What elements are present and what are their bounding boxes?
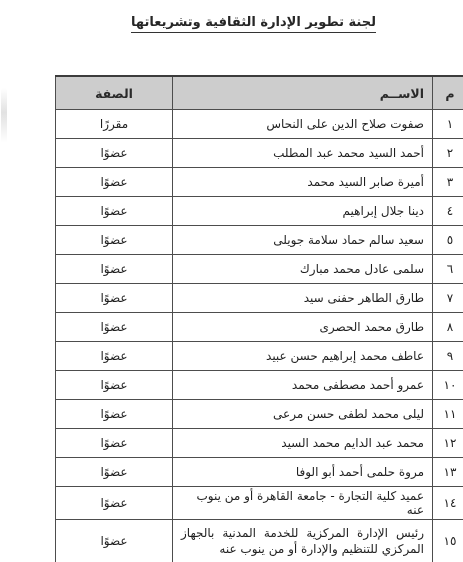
row-role-cell: عضوًا <box>56 429 173 458</box>
row-number-cell: ١٥ <box>433 520 463 562</box>
row-name-cell: طارق محمد الحصرى <box>173 313 433 342</box>
row-number-cell: ١٢ <box>433 429 463 458</box>
row-name-cell: محمد عبد الدايم محمد السيد <box>173 429 433 458</box>
row-name-cell: مروة حلمى أحمد أبو الوفا <box>173 458 433 487</box>
row-name-cell: سلمى عادل محمد مبارك <box>173 255 433 284</box>
row-role-cell: عضوًا <box>56 458 173 487</box>
row-role-cell: عضوًا <box>56 284 173 313</box>
table-row: ١٤عميد كلية التجارة - جامعة القاهرة أو م… <box>56 487 463 520</box>
row-number-cell: ١٤ <box>433 487 463 520</box>
table-row: ١٣مروة حلمى أحمد أبو الوفاعضوًا <box>56 458 463 487</box>
row-role-cell: عضوًا <box>56 487 173 520</box>
row-role-cell: عضوًا <box>56 197 173 226</box>
table-row: ١٥رئيس الإدارة المركزية للخدمة المدنية ب… <box>56 520 463 562</box>
row-role-cell: مقررًا <box>56 110 173 139</box>
table-row: ٧طارق الطاهر حفنى سيدعضوًا <box>56 284 463 313</box>
table-row: ١٢محمد عبد الدايم محمد السيدعضوًا <box>56 429 463 458</box>
row-name-cell: سعيد سالم حماد سلامة جويلى <box>173 226 433 255</box>
committee-table: م الاســم الصفة ١صفوت صلاح الدين على الن… <box>55 75 463 562</box>
row-number-cell: ٩ <box>433 342 463 371</box>
row-role-cell: عضوًا <box>56 400 173 429</box>
row-number-cell: ٤ <box>433 197 463 226</box>
row-role-cell: عضوًا <box>56 168 173 197</box>
row-role-cell: عضوًا <box>56 139 173 168</box>
row-role-cell: عضوًا <box>56 371 173 400</box>
row-name-cell: ليلى محمد لطفى حسن مرعى <box>173 400 433 429</box>
row-role-cell: عضوًا <box>56 342 173 371</box>
row-number-cell: ٦ <box>433 255 463 284</box>
row-name-cell: رئيس الإدارة المركزية للخدمة المدنية بال… <box>173 520 433 562</box>
row-role-cell: عضوًا <box>56 226 173 255</box>
row-number-cell: ١٠ <box>433 371 463 400</box>
row-name-cell: طارق الطاهر حفنى سيد <box>173 284 433 313</box>
row-role-cell: عضوًا <box>56 520 173 562</box>
table-row: ٩عاطف محمد إبراهيم حسن عبيدعضوًا <box>56 342 463 371</box>
table-row: ٣أميرة صابر السيد محمدعضوًا <box>56 168 463 197</box>
row-number-cell: ٧ <box>433 284 463 313</box>
table-row: ٥سعيد سالم حماد سلامة جويلىعضوًا <box>56 226 463 255</box>
row-name-cell: صفوت صلاح الدين على النحاس <box>173 110 433 139</box>
header-name: الاســم <box>173 76 433 110</box>
row-number-cell: ١١ <box>433 400 463 429</box>
document-page: لجنة تطوير الإدارة الثقافية وتشريعاتها م… <box>0 0 463 562</box>
row-name-cell: عميد كلية التجارة - جامعة القاهرة أو من … <box>173 487 433 520</box>
row-role-cell: عضوًا <box>56 255 173 284</box>
header-number: م <box>433 76 463 110</box>
table-row: ١صفوت صلاح الدين على النحاسمقررًا <box>56 110 463 139</box>
table-row: ٤دينا جلال إبراهيمعضوًا <box>56 197 463 226</box>
table-row: ١١ليلى محمد لطفى حسن مرعىعضوًا <box>56 400 463 429</box>
row-number-cell: ٨ <box>433 313 463 342</box>
scan-artifact <box>1 88 7 143</box>
row-name-cell: أميرة صابر السيد محمد <box>173 168 433 197</box>
row-role-cell: عضوًا <box>56 313 173 342</box>
table-row: ٨طارق محمد الحصرىعضوًا <box>56 313 463 342</box>
row-number-cell: ٥ <box>433 226 463 255</box>
row-name-cell: عاطف محمد إبراهيم حسن عبيد <box>173 342 433 371</box>
row-number-cell: ٢ <box>433 139 463 168</box>
row-number-cell: ٣ <box>433 168 463 197</box>
table-row: ٦سلمى عادل محمد مباركعضوًا <box>56 255 463 284</box>
row-name-cell: عمرو أحمد مصطفى محمد <box>173 371 433 400</box>
table-header-row: م الاســم الصفة <box>56 76 463 110</box>
table-row: ٢أحمد السيد محمد عبد المطلبعضوًا <box>56 139 463 168</box>
row-number-cell: ١٣ <box>433 458 463 487</box>
header-role: الصفة <box>56 76 173 110</box>
row-name-cell: أحمد السيد محمد عبد المطلب <box>173 139 433 168</box>
row-name-cell: دينا جلال إبراهيم <box>173 197 433 226</box>
page-title-text: لجنة تطوير الإدارة الثقافية وتشريعاتها <box>131 15 376 33</box>
row-number-cell: ١ <box>433 110 463 139</box>
page-title: لجنة تطوير الإدارة الثقافية وتشريعاتها <box>55 15 452 33</box>
table-row: ١٠عمرو أحمد مصطفى محمدعضوًا <box>56 371 463 400</box>
